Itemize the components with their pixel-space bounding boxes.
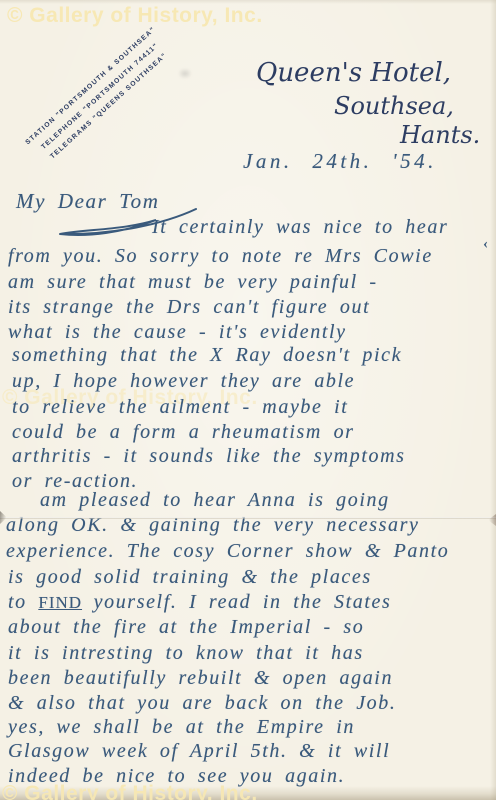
letter-line: could be a form a rheumatism or — [12, 421, 355, 444]
right-edge-pen-mark: ‹ — [483, 236, 488, 253]
watermark-top: © Gallery of History, Inc. — [7, 4, 263, 28]
letterhead-contact-block: STATION "PORTSMOUTH & SOUTHSEA" TELEPHON… — [2, 5, 199, 188]
letterhead-hotel-name: Queen's Hotel, — [256, 58, 451, 88]
letter-line: Glasgow week of April 5th. & it will — [8, 740, 390, 763]
letter-line: been beautifully rebuilt & open again — [8, 667, 393, 690]
letterhead-telegrams-line: TELEGRAMS "QUEENS SOUTHSEA" — [20, 25, 198, 188]
letter-line: about the fire at the Imperial - so — [8, 616, 364, 639]
letter-line: experience. The cosy Corner show & Panto — [6, 540, 449, 563]
letter-date: Jan. 24th. '54. — [243, 149, 437, 174]
letter-line: to relieve the ailment - maybe it — [12, 396, 348, 419]
letterhead-telephone-line: TELEPHONE "PORTSMOUTH 74411" — [11, 15, 189, 178]
letter-line: & also that you are back on the Job. — [8, 692, 396, 715]
letter-line: what is the cause - it's evidently — [8, 321, 347, 344]
letter-page: © Gallery of History, Inc. © Gallery of … — [0, 0, 496, 800]
underlined-word: FIND — [38, 593, 82, 612]
letterhead-city: Southsea, — [334, 92, 454, 120]
letter-line: indeed be nice to see you again. — [8, 765, 345, 788]
letterhead-county: Hants. — [400, 121, 480, 149]
letter-line: it is intresting to know that it has — [8, 642, 364, 665]
letter-line: its strange the Drs can't figure out — [8, 296, 370, 319]
letter-line: arthritis - it sounds like the symptoms — [12, 445, 406, 468]
letter-line: something that the X Ray doesn't pick — [12, 344, 402, 367]
letter-line: yes, we shall be at the Empire in — [8, 716, 355, 739]
letterhead-station-line: STATION "PORTSMOUTH & SOUTHSEA" — [2, 5, 180, 168]
letter-line: It certainly was nice to hear — [152, 216, 448, 239]
letter-line: am pleased to hear Anna is going — [40, 489, 390, 512]
letter-line: am sure that must be very painful - — [8, 271, 378, 294]
letter-line: up, I hope however they are able — [12, 370, 355, 393]
right-edge-tear-mark — [488, 514, 496, 526]
letter-line: to FIND yourself. I read in the States — [8, 591, 391, 614]
fold-crease — [0, 517, 496, 519]
letter-line: from you. So sorry to note re Mrs Cowie — [8, 245, 433, 268]
paper-smudge — [178, 68, 192, 79]
letter-line: is good solid training & the places — [8, 566, 372, 589]
